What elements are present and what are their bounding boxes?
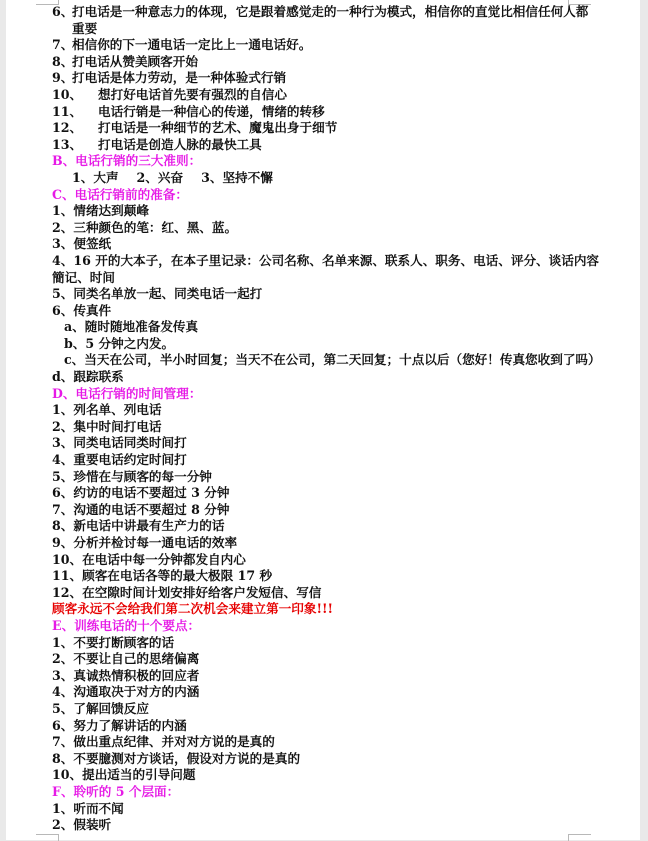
list-item: 2、不要让自己的思绪偏离	[52, 651, 612, 668]
list-item: 4、16 开的大本子，在本子里记录：公司名称、名单来源、联系人、职务、电话、评分…	[52, 253, 612, 270]
list-item: 2、假装听	[52, 817, 612, 834]
item-number: 10、	[52, 87, 98, 104]
list-item: 1、情绪达到颠峰	[52, 203, 612, 220]
list-item-continuation: 簡记、时间	[52, 270, 612, 287]
list-item: 10、在电话中每一分钟都发自内心	[52, 552, 612, 569]
item-number: 12、	[52, 120, 98, 137]
list-item: 12、在空隙时间计划安排好给客户发短信、写信	[52, 585, 612, 602]
list-item: 6、打电话是一种意志力的体现，它是跟着感觉走的一种行为模式，相信你的直觉比相信任…	[52, 4, 612, 21]
item-text: 重要	[72, 21, 97, 36]
item-number: 13、	[52, 137, 98, 154]
list-item: 5、珍惜在与顾客的每一分钟	[52, 469, 612, 486]
sub-list-item: c、当天在公司，半小时回复；当天不在公司，第二天回复；十点以后（您好！传真您收到…	[52, 352, 612, 369]
item-number: 11、	[52, 104, 98, 121]
list-item: 9、分析并检讨每一通电话的效率	[52, 535, 612, 552]
alert-note: 顾客永远不会给我们第二次机会来建立第一印象!!!	[52, 601, 612, 618]
crop-mark-bottom-right	[568, 834, 591, 840]
list-item: 11、顾客在电话各等的最大极限 17 秒	[52, 568, 612, 585]
item-number: 8、	[52, 54, 72, 71]
list-item: 6、传真件	[52, 303, 612, 320]
item-number: 7、	[52, 37, 72, 54]
list-item: 2、三种颜色的笔：红、黑、蓝。	[52, 220, 612, 237]
list-item: 3、便签纸	[52, 236, 612, 253]
list-item: 3、真诚热情积极的回应者	[52, 668, 612, 685]
item-number: 6、	[52, 4, 72, 21]
rule-item: 3、坚持不懈	[201, 170, 273, 185]
section-heading-c: C、电话行销前的准备：	[52, 187, 612, 204]
list-item: 13、打电话是创造人脉的最快工具	[52, 137, 612, 154]
list-item: 5、了解回馈反应	[52, 701, 612, 718]
list-item: 7、沟通的电话不要超过 8 分钟	[52, 502, 612, 519]
list-item: 4、沟通取决于对方的内涵	[52, 684, 612, 701]
list-item: 1、列名单、列电话	[52, 402, 612, 419]
list-item: 3、同类电话同类时间打	[52, 435, 612, 452]
item-text: 打电话是体力劳动，是一种体验式行销	[72, 70, 286, 85]
list-item: 11、电话行销是一种信心的传递，情绪的转移	[52, 104, 612, 121]
sub-list-item: b、5 分钟之内发。	[52, 336, 612, 353]
list-item: 5、同类名单放一起、同类电话一起打	[52, 286, 612, 303]
list-item: 8、打电话从赞美顾客开始	[52, 54, 612, 71]
list-item-continuation: 重要	[52, 21, 612, 38]
document-body: 6、打电话是一种意志力的体现，它是跟着感觉走的一种行为模式，相信你的直觉比相信任…	[52, 4, 612, 834]
sub-list-item: a、随时随地准备发传真	[52, 319, 612, 336]
list-item: 6、努力了解讲话的内涵	[52, 718, 612, 735]
document-page: 6、打电话是一种意志力的体现，它是跟着感觉走的一种行为模式，相信你的直觉比相信任…	[6, 0, 640, 840]
rules-row: 1、大声2、兴奋3、坚持不懈	[52, 170, 612, 187]
list-item: 10、提出适当的引导问题	[52, 767, 612, 784]
rule-item: 1、大声	[72, 170, 119, 185]
section-heading-f: F、聆听的 5 个层面：	[52, 784, 612, 801]
list-item: 2、集中时间打电话	[52, 419, 612, 436]
item-text: 相信你的下一通电话一定比上一通电话好。	[72, 37, 311, 52]
item-text: 打电话是一种细节的艺术、魔鬼出身于细节	[98, 120, 337, 135]
list-item: 1、听而不闻	[52, 801, 612, 818]
section-heading-b: B、电话行销的三大准则：	[52, 153, 612, 170]
list-item: 1、不要打断顾客的话	[52, 635, 612, 652]
item-text: 打电话从赞美顾客开始	[72, 54, 198, 69]
list-item: 8、不要臆测对方谈话，假设对方说的是真的	[52, 751, 612, 768]
item-text: 打电话是一种意志力的体现，它是跟着感觉走的一种行为模式，相信你的直觉比相信任何人…	[72, 4, 588, 19]
crop-mark-bottom-left	[36, 834, 59, 840]
list-item: 7、做出重点纪律、并对对方说的是真的	[52, 734, 612, 751]
list-item: 8、新电话中讲最有生产力的话	[52, 518, 612, 535]
list-item: 6、约访的电话不要超过 3 分钟	[52, 485, 612, 502]
list-item: d、跟踪联系	[52, 369, 612, 386]
list-item: 7、相信你的下一通电话一定比上一通电话好。	[52, 37, 612, 54]
section-heading-e: E、训练电话的十个要点：	[52, 618, 612, 635]
list-item: 10、想打好电话首先要有强烈的自信心	[52, 87, 612, 104]
item-text: 电话行销是一种信心的传递，情绪的转移	[98, 104, 325, 119]
item-text: 打电话是创造人脉的最快工具	[98, 137, 262, 152]
rule-item: 2、兴奋	[137, 170, 184, 185]
item-number: 9、	[52, 70, 72, 87]
list-item: 12、打电话是一种细节的艺术、魔鬼出身于细节	[52, 120, 612, 137]
section-heading-d: D、电话行销的时间管理：	[52, 386, 612, 403]
list-item: 4、重要电话约定时间打	[52, 452, 612, 469]
item-text: 想打好电话首先要有强烈的自信心	[98, 87, 287, 102]
list-item: 9、打电话是体力劳动，是一种体验式行销	[52, 70, 612, 87]
